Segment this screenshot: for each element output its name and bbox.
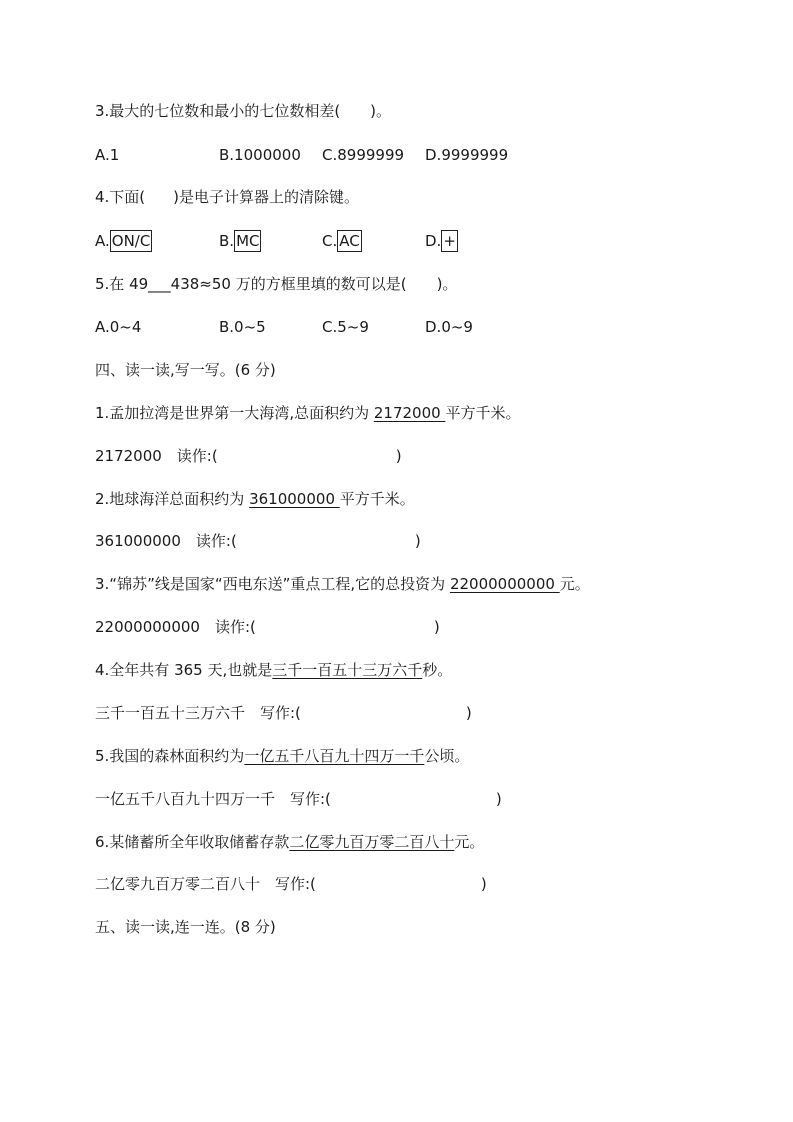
close-paren: ) [466, 704, 472, 722]
s4-item-2: 2.地球海洋总面积约为 361000000 平方千米。 [95, 489, 415, 509]
s4-answer-3: 22000000000 读作:() [95, 617, 440, 637]
answer-label: 二亿零九百万零二百八十 写作:( [95, 875, 316, 893]
item-text: 平方千米。 [445, 404, 520, 422]
s4-item-4: 4.全年共有 365 天,也就是三千一百五十三万六千秒。 [95, 660, 452, 680]
answer-label: 一亿五千八百九十四万一千 写作:( [95, 790, 331, 808]
s4-item-5: 5.我国的森林面积约为一亿五千八百九十四万一千公顷。 [95, 746, 469, 766]
key-ac-icon: AC [337, 230, 361, 252]
key-plus-icon: + [441, 230, 458, 252]
q4-option-c: C.AC [322, 230, 362, 252]
underlined-number: 三千一百五十三万六千 [272, 661, 422, 679]
q4-stem-post: )是电子计算器上的清除键。 [173, 188, 359, 206]
item-text: 公顷。 [424, 747, 469, 765]
q3-option-a: A.1 [95, 145, 119, 165]
q5-option-d: D.0~9 [425, 317, 473, 337]
answer-label: 22000000000 读作:( [95, 618, 256, 636]
q5-option-a: A.0~4 [95, 317, 141, 337]
close-paren: ) [481, 875, 487, 893]
s4-answer-4: 三千一百五十三万六千 写作:() [95, 703, 472, 723]
answer-label: 2172000 读作:( [95, 447, 218, 465]
s4-item-3: 3.“锦苏”线是国家“西电东送”重点工程,它的总投资为 22000000000 … [95, 574, 590, 594]
answer-label: 三千一百五十三万六千 写作:( [95, 704, 301, 722]
section-4-title: 四、读一读,写一写。(6 分) [95, 360, 276, 380]
q5-option-c: C.5~9 [322, 317, 369, 337]
item-text: 元。 [454, 833, 484, 851]
q3-option-d: D.9999999 [425, 145, 508, 165]
close-paren: ) [496, 790, 502, 808]
q4-option-a: A.ON/C [95, 230, 152, 252]
s4-answer-6: 二亿零九百万零二百八十 写作:() [95, 874, 487, 894]
underlined-number: 22000000000 [450, 575, 560, 593]
q3-option-b: B.1000000 [219, 145, 301, 165]
close-paren: ) [434, 618, 440, 636]
question-4-stem: 4.下面()是电子计算器上的清除键。 [95, 187, 359, 207]
item-text: 4.全年共有 365 天,也就是 [95, 661, 272, 679]
s4-answer-5: 一亿五千八百九十四万一千 写作:() [95, 789, 502, 809]
underlined-number: 2172000 [374, 404, 446, 422]
item-text: 元。 [560, 575, 590, 593]
item-text: 秒。 [422, 661, 452, 679]
item-text: 6.某储蓄所全年收取储蓄存款 [95, 833, 289, 851]
close-paren: ) [415, 532, 421, 550]
key-on-c-icon: ON/C [110, 230, 153, 252]
option-prefix: D. [425, 232, 441, 250]
q5-option-b: B.0~5 [219, 317, 266, 337]
underlined-number: 二亿零九百万零二百八十 [289, 833, 454, 851]
q4-stem-pre: 4.下面( [95, 188, 145, 206]
item-text: 5.我国的森林面积约为 [95, 747, 244, 765]
item-text: 平方千米。 [340, 490, 415, 508]
s4-item-1: 1.孟加拉湾是世界第一大海湾,总面积约为 2172000 平方千米。 [95, 403, 520, 423]
s4-answer-2: 361000000 读作:() [95, 531, 421, 551]
option-prefix: C. [322, 232, 337, 250]
q3-option-c: C.8999999 [322, 145, 404, 165]
q4-option-b: B.MC [219, 230, 261, 252]
question-5-stem: 5.在 49___438≈50 万的方框里填的数可以是( )。 [95, 274, 457, 294]
item-text: 1.孟加拉湾是世界第一大海湾,总面积约为 [95, 404, 374, 422]
s4-answer-1: 2172000 读作:() [95, 446, 402, 466]
close-paren: ) [396, 447, 402, 465]
underlined-number: 一亿五千八百九十四万一千 [244, 747, 424, 765]
underlined-number: 361000000 [249, 490, 340, 508]
key-mc-icon: MC [234, 230, 261, 252]
s4-item-6: 6.某储蓄所全年收取储蓄存款二亿零九百万零二百八十元。 [95, 832, 484, 852]
q4-option-d: D.+ [425, 230, 458, 252]
option-prefix: A. [95, 232, 110, 250]
item-text: 2.地球海洋总面积约为 [95, 490, 249, 508]
item-text: 3.“锦苏”线是国家“西电东送”重点工程,它的总投资为 [95, 575, 450, 593]
answer-label: 361000000 读作:( [95, 532, 237, 550]
section-5-title: 五、读一读,连一连。(8 分) [95, 917, 276, 937]
option-prefix: B. [219, 232, 234, 250]
question-3-stem: 3.最大的七位数和最小的七位数相差( )。 [95, 101, 391, 121]
